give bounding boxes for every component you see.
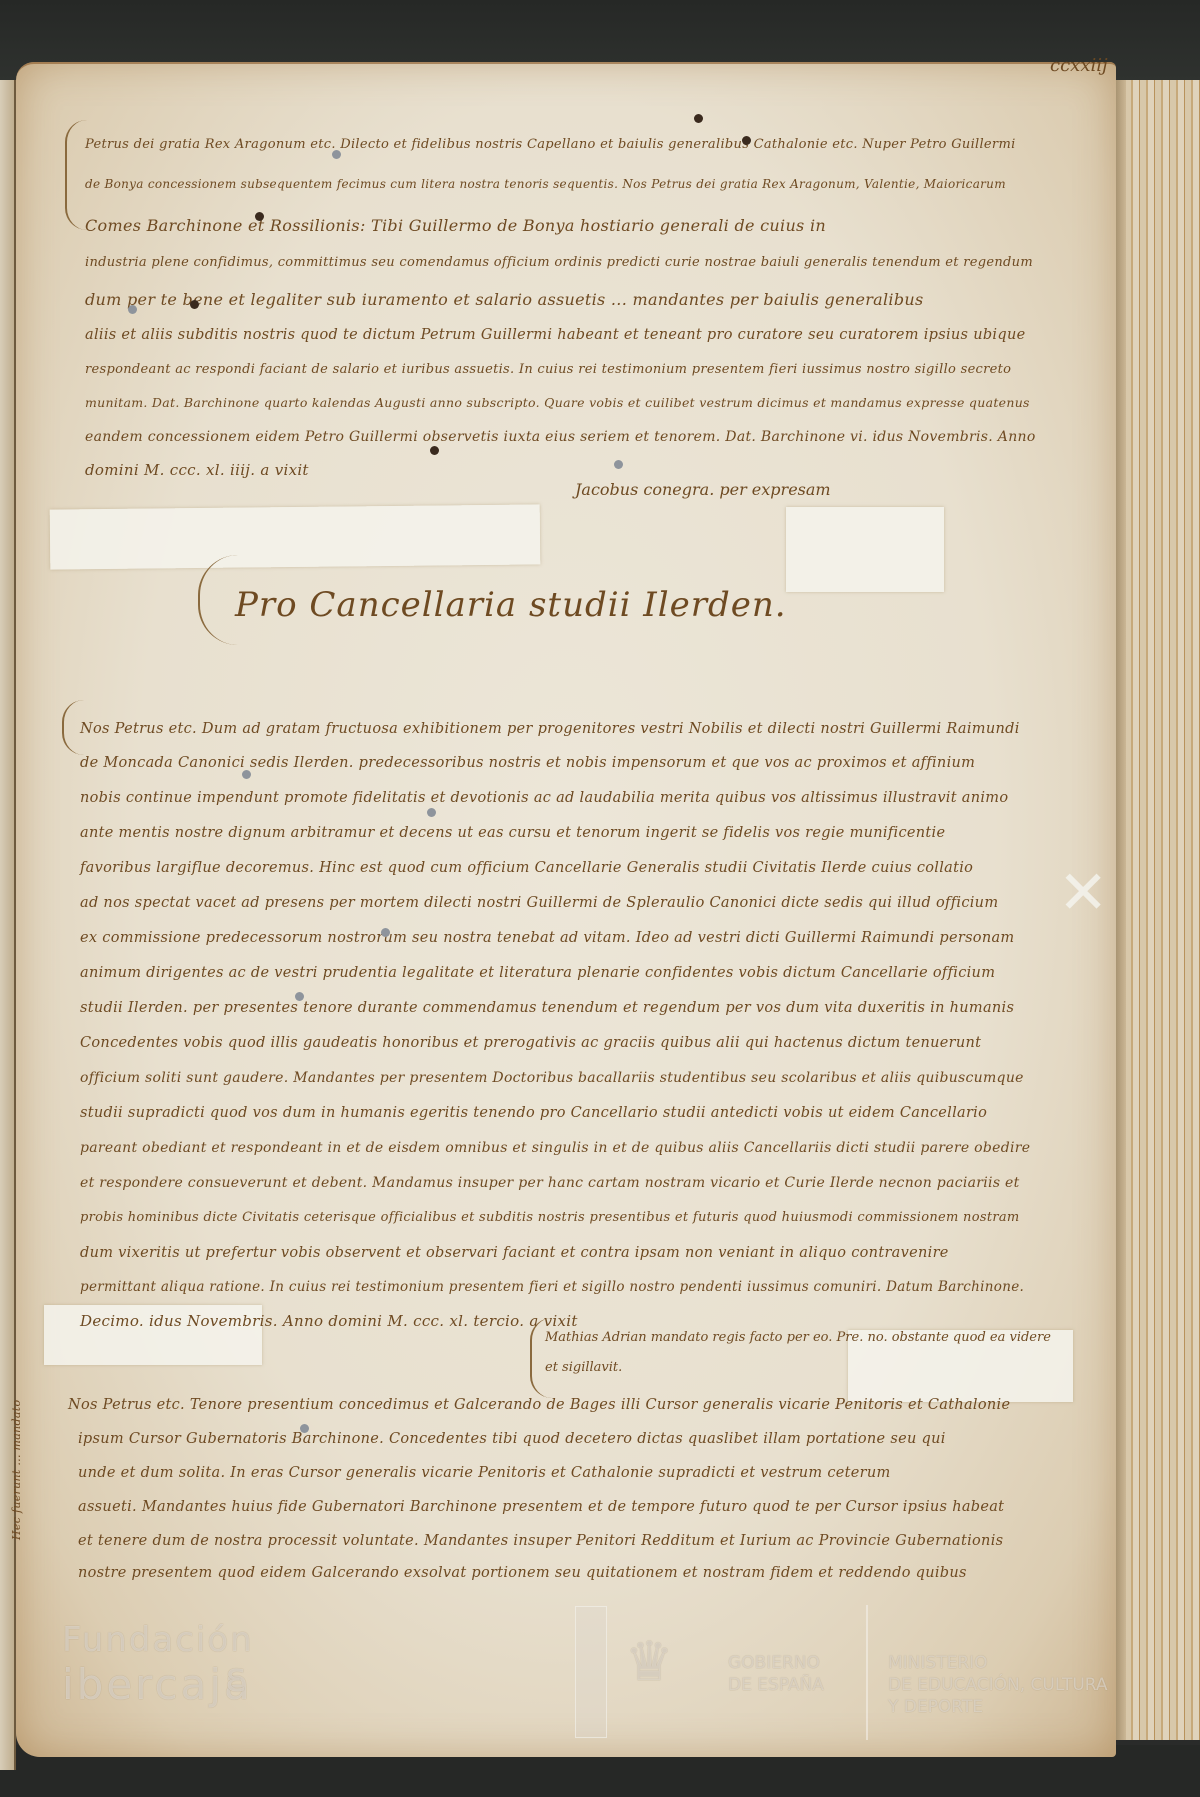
ministerio-line3: Y DEPORTE xyxy=(888,1696,1108,1718)
manuscript-line: ipsum Cursor Gubernatoris Barchinone. Co… xyxy=(78,1432,946,1447)
manuscript-line: Comes Barchinone et Rossilionis: Tibi Gu… xyxy=(85,218,826,234)
manuscript-line: Nos Petrus etc. Dum ad gratam fructuosa … xyxy=(80,722,1020,737)
worm-hole xyxy=(190,300,199,309)
margin-note: Hec fuerunt ... mandato xyxy=(10,1400,23,1540)
worm-hole xyxy=(427,808,436,817)
worm-hole xyxy=(128,305,137,314)
worm-hole xyxy=(255,212,264,221)
manuscript-line: pareant obediant et respondeant in et de… xyxy=(80,1141,1030,1155)
manuscript-line: et tenere dum de nostra processit volunt… xyxy=(78,1534,1003,1549)
worm-hole xyxy=(295,992,304,1001)
paragraph-bracket xyxy=(65,120,87,230)
spain-flag-bar-icon xyxy=(575,1606,607,1738)
ministerio-line2: DE EDUCACIÓN, CULTURA xyxy=(888,1674,1108,1696)
manuscript-line: Petrus dei gratia Rex Aragonum etc. Dile… xyxy=(85,138,1016,151)
manuscript-line: assueti. Mandantes huius fide Gubernator… xyxy=(78,1500,1004,1515)
manuscript-line: studii Ilerden. per presentes tenore dur… xyxy=(80,1001,1014,1016)
worm-hole xyxy=(242,770,251,779)
manuscript-line: probis hominibus dicte Civitatis ceteris… xyxy=(80,1211,1020,1224)
x-stain-mark: ✕ xyxy=(1058,858,1108,928)
worm-hole xyxy=(430,446,439,455)
signature: Jacobus conegra. per expresam xyxy=(575,480,831,499)
gobierno-espana-label: GOBIERNO DE ESPAÑA xyxy=(728,1652,824,1696)
spain-coat-of-arms-icon: ♛ xyxy=(625,1630,673,1693)
manuscript-line: et respondere consueverunt et debent. Ma… xyxy=(80,1176,1020,1190)
manuscript-line: aliis et aliis subditis nostris quod te … xyxy=(85,328,1025,343)
manuscript-line: eandem concessionem eidem Petro Guillerm… xyxy=(85,430,1036,444)
manuscript-line: officium soliti sunt gaudere. Mandantes … xyxy=(80,1071,1024,1085)
fundacion-ibercaja-logo-line1: Fundación xyxy=(62,1620,254,1660)
manuscript-line: ex commissione predecessorum nostrorum s… xyxy=(80,931,1014,946)
ministerio-line1: MINISTERIO xyxy=(888,1652,1108,1674)
manuscript-line: ante mentis nostre dignum arbitramur et … xyxy=(80,826,945,841)
manuscript-line: Nos Petrus etc. Tenore presentium conced… xyxy=(68,1398,1010,1413)
worm-hole xyxy=(614,460,623,469)
manuscript-line: dum per te bene et legaliter sub iuramen… xyxy=(85,292,924,308)
watermark-divider xyxy=(866,1605,868,1740)
manuscript-line: de Moncada Canonici sedis Ilerden. prede… xyxy=(80,756,975,771)
manuscript-line: Concedentes vobis quod illis gaudeatis h… xyxy=(80,1036,981,1051)
ministerio-label: MINISTERIO DE EDUCACIÓN, CULTURA Y DEPOR… xyxy=(888,1652,1108,1718)
manuscript-line: studii supradicti quod vos dum in humani… xyxy=(80,1106,987,1121)
section-heading: Pro Cancellaria studii Ilerden. xyxy=(235,585,787,625)
manuscript-line: unde et dum solita. In eras Cursor gener… xyxy=(78,1466,891,1481)
manuscript-line: nostre presentem quod eidem Galcerando e… xyxy=(78,1566,967,1581)
worm-hole xyxy=(742,136,751,145)
repair-patch xyxy=(50,504,541,569)
manuscript-line: industria plene confidimus, committimus … xyxy=(85,256,1033,269)
folio-number: ccxxiij xyxy=(1050,55,1108,76)
manuscript-line: respondeant ac respondi faciant de salar… xyxy=(85,363,1011,376)
repair-patch xyxy=(786,507,944,592)
signature: et sigillavit. xyxy=(545,1360,622,1375)
manuscript-line: domini M. ccc. xl. iiij. a vixit xyxy=(85,463,309,478)
worm-hole xyxy=(381,928,390,937)
manuscript-line: permittant aliqua ratione. In cuius rei … xyxy=(80,1281,1024,1295)
manuscript-line: animum dirigentes ac de vestri prudentia… xyxy=(80,966,995,981)
manuscript-line: Decimo. idus Novembris. Anno domini M. c… xyxy=(80,1314,578,1329)
manuscript-line: favoribus largiflue decoremus. Hinc est … xyxy=(80,861,973,876)
worm-hole xyxy=(300,1424,309,1433)
worm-hole xyxy=(694,114,703,123)
manuscript-line: ad nos spectat vacet ad presens per mort… xyxy=(80,896,998,911)
ibercaja-swirl-icon: ε xyxy=(225,1655,247,1701)
gobierno-line2: DE ESPAÑA xyxy=(728,1674,824,1696)
manuscript-line: dum vixeritis ut prefertur vobis observe… xyxy=(80,1246,949,1261)
manuscript-line: munitam. Dat. Barchinone quarto kalendas… xyxy=(85,397,1030,410)
worm-hole xyxy=(332,150,341,159)
manuscript-line: de Bonya concessionem subsequentem fecim… xyxy=(85,178,1006,190)
signature: Mathias Adrian mandato regis facto per e… xyxy=(545,1330,1051,1345)
manuscript-line: nobis continue impendunt promote fidelit… xyxy=(80,791,1008,806)
gobierno-line1: GOBIERNO xyxy=(728,1652,824,1674)
